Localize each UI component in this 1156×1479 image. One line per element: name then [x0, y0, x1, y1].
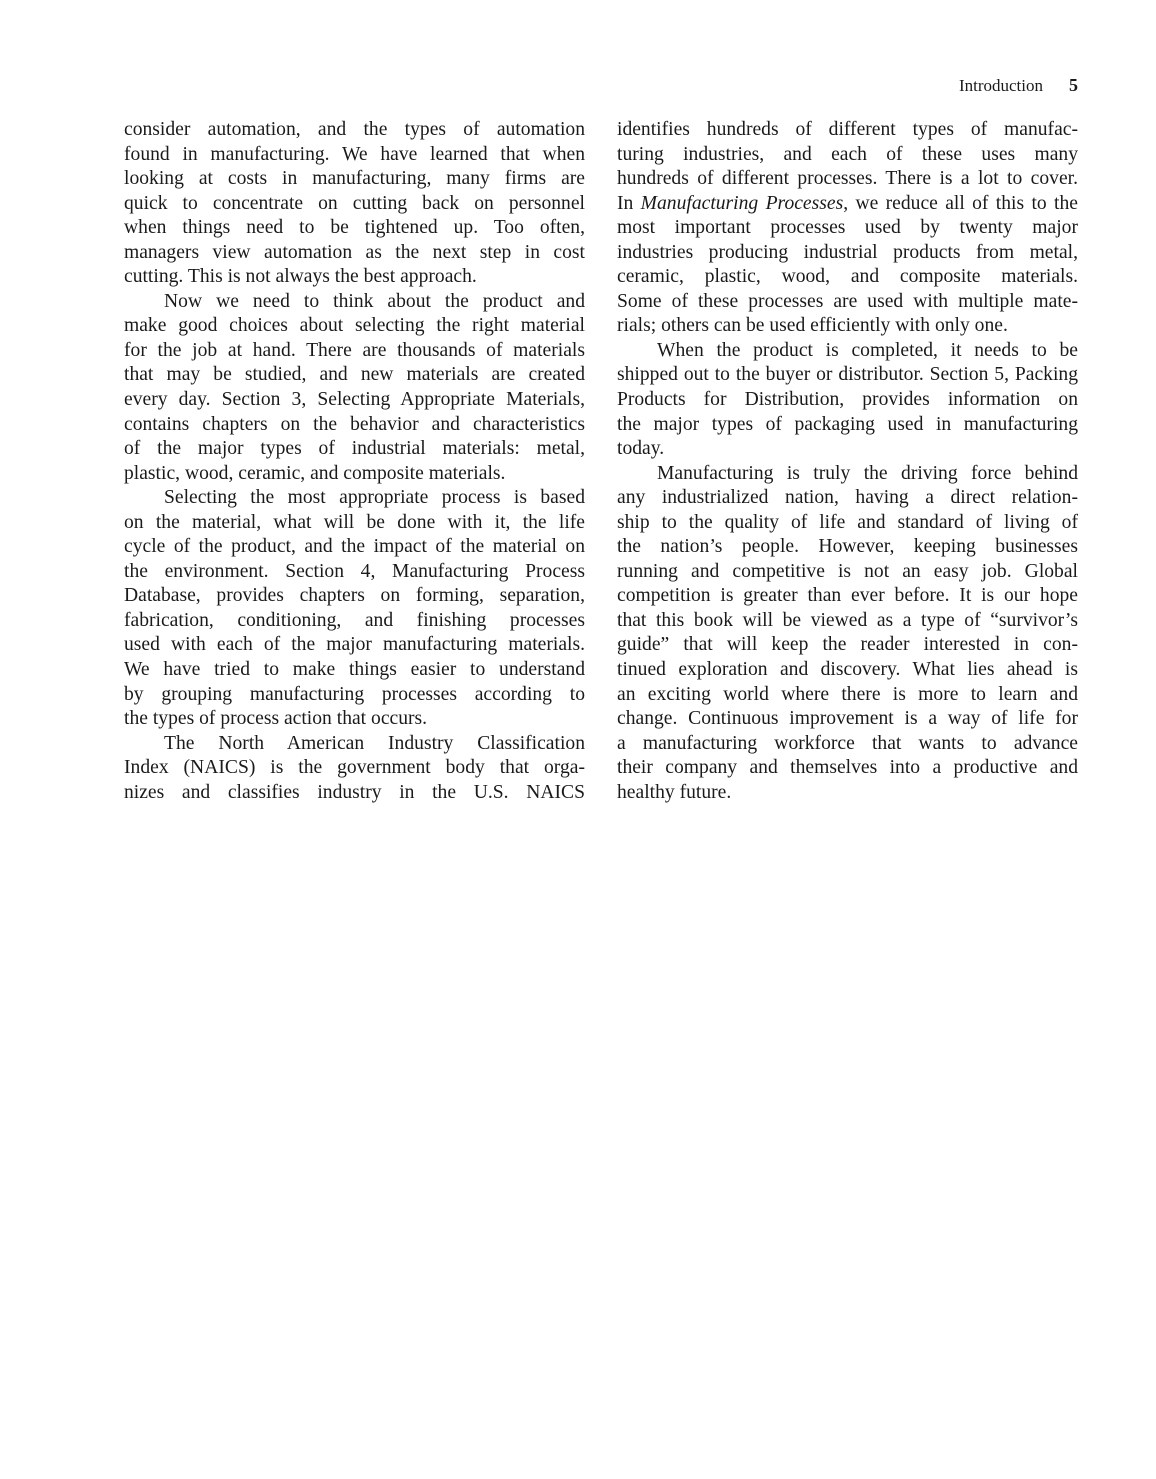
text-line: nizes and classifies industry in the U.S… [124, 781, 585, 806]
page-number: 5 [1069, 75, 1078, 96]
text-line: the major types of packaging used in man… [617, 413, 1078, 438]
text-line: the nation’s people. However, keeping bu… [617, 535, 1078, 560]
text-line: shipped out to the buyer or distributor.… [617, 363, 1078, 388]
text-line: by grouping manufacturing processes acco… [124, 683, 585, 708]
text-line: Products for Distribution, provides info… [617, 388, 1078, 413]
text-line: Database, provides chapters on forming, … [124, 584, 585, 609]
text-line: of the major types of industrial materia… [124, 437, 585, 462]
text-line: guide” that will keep the reader interes… [617, 633, 1078, 658]
text-line: competition is greater than ever before.… [617, 584, 1078, 609]
text-line: We have tried to make things easier to u… [124, 658, 585, 683]
text-line: plastic, wood, ceramic, and composite ma… [124, 462, 585, 487]
text-line: healthy future. [617, 781, 1078, 806]
text-line: the environment. Section 4, Manufacturin… [124, 560, 585, 585]
text-line: cutting. This is not always the best app… [124, 265, 585, 290]
text-line: managers view automation as the next ste… [124, 241, 585, 266]
text-line: Index (NAICS) is the government body tha… [124, 756, 585, 781]
text-line: Some of these processes are used with mu… [617, 290, 1078, 315]
text-line: for the job at hand. There are thousands… [124, 339, 585, 364]
right-column: identifies hundreds of different types o… [617, 118, 1078, 805]
text-run: , we reduce all of this to the [843, 193, 1078, 214]
text-line: In Manufacturing Processes, we reduce al… [617, 192, 1078, 217]
left-column: consider automation, and the types of au… [124, 118, 585, 805]
text-line: used with each of the major manufacturin… [124, 633, 585, 658]
text-line: Now we need to think about the product a… [124, 290, 585, 315]
text-line: cycle of the product, and the impact of … [124, 535, 585, 560]
text-line: The North American Industry Classificati… [124, 732, 585, 757]
running-head: Introduction 5 [959, 75, 1078, 96]
text-run: In [617, 193, 641, 214]
text-line: Selecting the most appropriate process i… [124, 486, 585, 511]
text-line: hundreds of different processes. There i… [617, 167, 1078, 192]
text-line: rials; others can be used efficiently wi… [617, 314, 1078, 339]
running-title: Introduction [959, 76, 1043, 96]
book-title-italic: Manufacturing Processes [641, 193, 844, 214]
text-line: when things need to be tightened up. Too… [124, 216, 585, 241]
text-line: consider automation, and the types of au… [124, 118, 585, 143]
text-line: contains chapters on the behavior and ch… [124, 413, 585, 438]
text-line: change. Continuous improvement is a way … [617, 707, 1078, 732]
text-line: found in manufacturing. We have learned … [124, 143, 585, 168]
text-line: any industrialized nation, having a dire… [617, 486, 1078, 511]
text-line: ship to the quality of life and standard… [617, 511, 1078, 536]
text-line: a manufacturing workforce that wants to … [617, 732, 1078, 757]
text-line: turing industries, and each of these use… [617, 143, 1078, 168]
text-line: their company and themselves into a prod… [617, 756, 1078, 781]
text-line: every day. Section 3, Selecting Appropri… [124, 388, 585, 413]
text-line: the types of process action that occurs. [124, 707, 585, 732]
text-line: Manufacturing is truly the driving force… [617, 462, 1078, 487]
text-line: ceramic, plastic, wood, and composite ma… [617, 265, 1078, 290]
text-line: When the product is completed, it needs … [617, 339, 1078, 364]
text-line: that this book will be viewed as a type … [617, 609, 1078, 634]
text-line: on the material, what will be done with … [124, 511, 585, 536]
text-line: quick to concentrate on cutting back on … [124, 192, 585, 217]
text-line: identifies hundreds of different types o… [617, 118, 1078, 143]
text-line: that may be studied, and new materials a… [124, 363, 585, 388]
text-line: an exciting world where there is more to… [617, 683, 1078, 708]
text-line: today. [617, 437, 1078, 462]
text-line: most important processes used by twenty … [617, 216, 1078, 241]
text-line: industries producing industrial products… [617, 241, 1078, 266]
text-line: make good choices about selecting the ri… [124, 314, 585, 339]
text-line: tinued exploration and discovery. What l… [617, 658, 1078, 683]
text-line: running and competitive is not an easy j… [617, 560, 1078, 585]
text-line: fabrication, conditioning, and finishing… [124, 609, 585, 634]
text-line: looking at costs in manufacturing, many … [124, 167, 585, 192]
